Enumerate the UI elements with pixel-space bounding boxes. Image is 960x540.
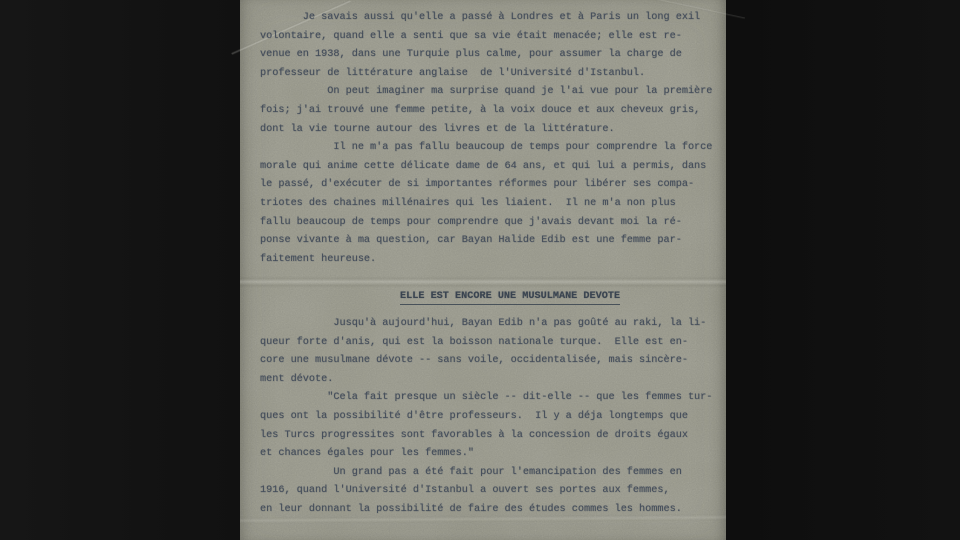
typed-paragraphs-bottom: Jusqu'à aujourd'hui, Bayan Edib n'a pas … bbox=[260, 315, 712, 520]
typed-paragraphs-top: Je savais aussi qu'elle a passé à Londre… bbox=[260, 9, 712, 269]
section-heading: ELLE EST ENCORE UNE MUSULMANE DEVOTE bbox=[400, 290, 620, 305]
viewer-background: Je savais aussi qu'elle a passé à Londre… bbox=[0, 0, 960, 540]
document-page: Je savais aussi qu'elle a passé à Londre… bbox=[240, 0, 726, 540]
paper-fold-crease bbox=[240, 276, 726, 288]
